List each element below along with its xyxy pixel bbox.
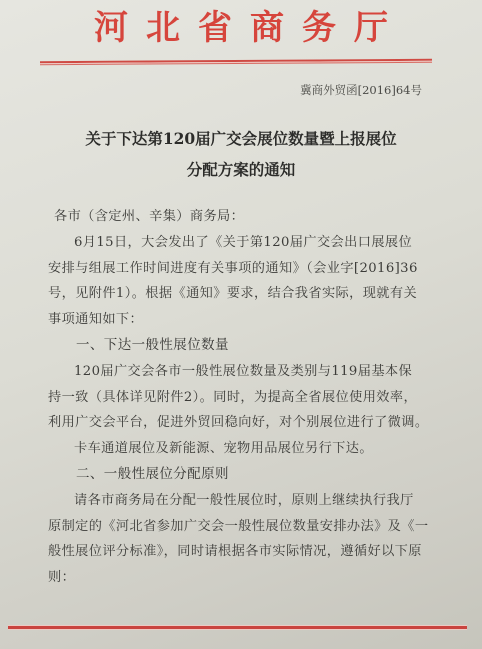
document-title: 关于下达第120届广交会展位数量暨上报展位 分配方案的通知 bbox=[0, 123, 482, 185]
paragraph-line: 安排与组展工作时间进度有关事项的通知》（会业字[2016]36 bbox=[48, 256, 443, 282]
paragraph-line: 利用广交会平台，促进外贸回稳向好，对个别展位进行了微调。 bbox=[48, 410, 443, 436]
title-line-1: 关于下达第120届广交会展位数量暨上报展位 bbox=[0, 123, 482, 154]
paragraph-line: 请各市商务局在分配一般性展位时，原则上继续执行我厅 bbox=[48, 488, 443, 514]
paragraph-line: 原制定的《河北省参加广交会一般性展位数量安排办法》及《一 bbox=[48, 514, 443, 540]
organization-header: 河北省商务厅 bbox=[0, 8, 482, 48]
rule-gap bbox=[8, 629, 467, 630]
paragraph-line: 则： bbox=[48, 565, 443, 591]
section-heading-2: 二、一般性展位分配原则 bbox=[48, 462, 443, 488]
section-heading-1: 一、下达一般性展位数量 bbox=[48, 333, 443, 359]
paragraph-line: 6月15日，大会发出了《关于第120届广交会出口展展位 bbox=[48, 230, 443, 256]
title-line-2: 分配方案的通知 bbox=[0, 154, 482, 185]
section-note: 卡车通道展位及新能源、宠物用品展位另行下达。 bbox=[48, 436, 443, 462]
paragraph-line: 号，见附件1）。根据《通知》要求，结合我省实际，现就有关 bbox=[48, 281, 443, 307]
paragraph-line: 事项通知如下： bbox=[48, 307, 443, 333]
footer-double-rule bbox=[8, 625, 467, 630]
document-page: 河北省商务厅 冀商外贸函[2016]64号 关于下达第120届广交会展位数量暨上… bbox=[0, 0, 482, 649]
paragraph-line: 般性展位评分标准》，同时请根据各市实际情况，遵循好以下原 bbox=[48, 539, 443, 565]
paragraph-line: 持一致（具体详见附件2）。同时，为提高全省展位使用效率， bbox=[48, 385, 443, 411]
document-body: 各市（含定州、辛集）商务局： 6月15日，大会发出了《关于第120届广交会出口展… bbox=[48, 204, 443, 591]
salutation: 各市（含定州、辛集）商务局： bbox=[54, 204, 443, 230]
document-number: 冀商外贸函[2016]64号 bbox=[300, 82, 422, 98]
paragraph-line: 120届广交会各市一般性展位数量及类别与119届基本保 bbox=[48, 359, 443, 385]
header-double-rule bbox=[40, 59, 432, 65]
